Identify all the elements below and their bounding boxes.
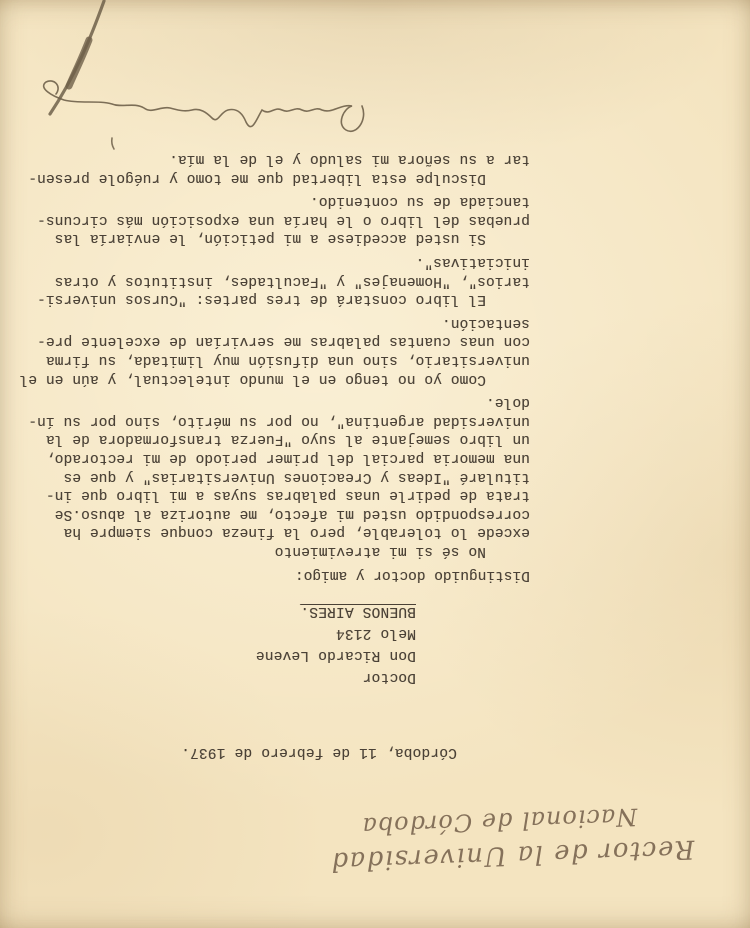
body-paragraph-3: El libro constará de tres partes: "Curso… bbox=[25, 253, 530, 309]
recipient-city: BUENOS AIRES. bbox=[256, 600, 416, 622]
body-paragraph-2: Como yo no tengo en el mundo intelectual… bbox=[25, 313, 530, 387]
signature-scrawl bbox=[44, 81, 364, 131]
letter-body: Distinguido doctor y amigo: No sé si mi … bbox=[25, 145, 530, 584]
recipient-name: Don Ricardo Levene bbox=[256, 644, 416, 666]
salutation: Distinguido doctor y amigo: bbox=[25, 565, 530, 584]
recipient-street: Melo 2134 bbox=[256, 622, 416, 644]
signature-flourish-stroke-bold bbox=[69, 40, 89, 86]
body-paragraph-4: Si usted accediese a mi petición, le env… bbox=[25, 192, 530, 248]
letter-sheet-rotated-180: Rector de la Universidad Nacional de Cór… bbox=[0, 0, 750, 928]
body-paragraph-1: No sé si mi atrevimiento excede lo toler… bbox=[25, 393, 530, 560]
letterhead-line-1: Rector de la Universidad bbox=[330, 834, 695, 877]
letterhead: Rector de la Universidad Nacional de Cór… bbox=[328, 801, 695, 877]
scanned-letter: Rector de la Universidad Nacional de Cór… bbox=[0, 0, 750, 928]
letterhead-line-2: Nacional de Córdoba bbox=[328, 803, 637, 842]
signature bbox=[0, 0, 370, 158]
signature-tick bbox=[112, 138, 114, 149]
date-line: Córdoba, 11 de febrero de 1937. bbox=[181, 744, 457, 760]
letter-page: Rector de la Universidad Nacional de Cór… bbox=[0, 0, 750, 928]
recipient-title: Doctor bbox=[256, 666, 416, 688]
recipient-block: Doctor Don Ricardo Levene Melo 2134 BUEN… bbox=[256, 600, 416, 688]
